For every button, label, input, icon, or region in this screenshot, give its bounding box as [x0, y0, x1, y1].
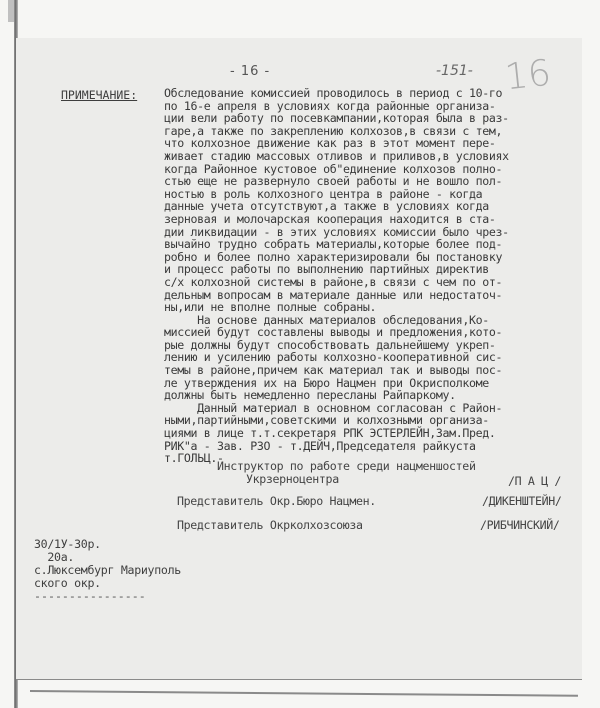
body-line: т.ГОЛЬЦ.- [164, 451, 224, 465]
signature-name-dikenshtein: /ДИКЕНШТЕЙН/ [482, 494, 562, 508]
signature-name-pats: /П А Ц / [508, 474, 561, 488]
signature-title-bureau: Представитель Окр.Бюро Нацмен. [177, 494, 376, 508]
archive-number: -151- [436, 63, 473, 79]
signature-title-kolkhozsoyuz: Представитель Окрколхозсоюза [177, 518, 363, 532]
signature-name-ribchinsky: /РИБЧИНСКИЙ/ [480, 518, 560, 532]
footer-date: 30/1У-30р. [34, 537, 101, 551]
note-body: Обследование комиссией проводилось в пер… [164, 87, 594, 465]
page-number: - 16 - [230, 64, 270, 79]
footer-place-line1: с.Люксембург Мариуполь [34, 563, 181, 577]
note-label: ПРИМЕЧАНИЕ: [61, 88, 137, 102]
footer-separator: ---------------- [34, 589, 146, 603]
signature-title-instructor: Инструктор по работе среди нацменшостей [217, 459, 476, 473]
signature-org-instructor: Укрзерноцентра [246, 472, 339, 486]
footer-place-line2: ского окр. [34, 576, 101, 590]
footer-date-place: 30/1У-30р. 20а. с.Люксембург Мариуполь с… [34, 538, 181, 603]
footer-date-sub: 20а. [47, 550, 74, 564]
